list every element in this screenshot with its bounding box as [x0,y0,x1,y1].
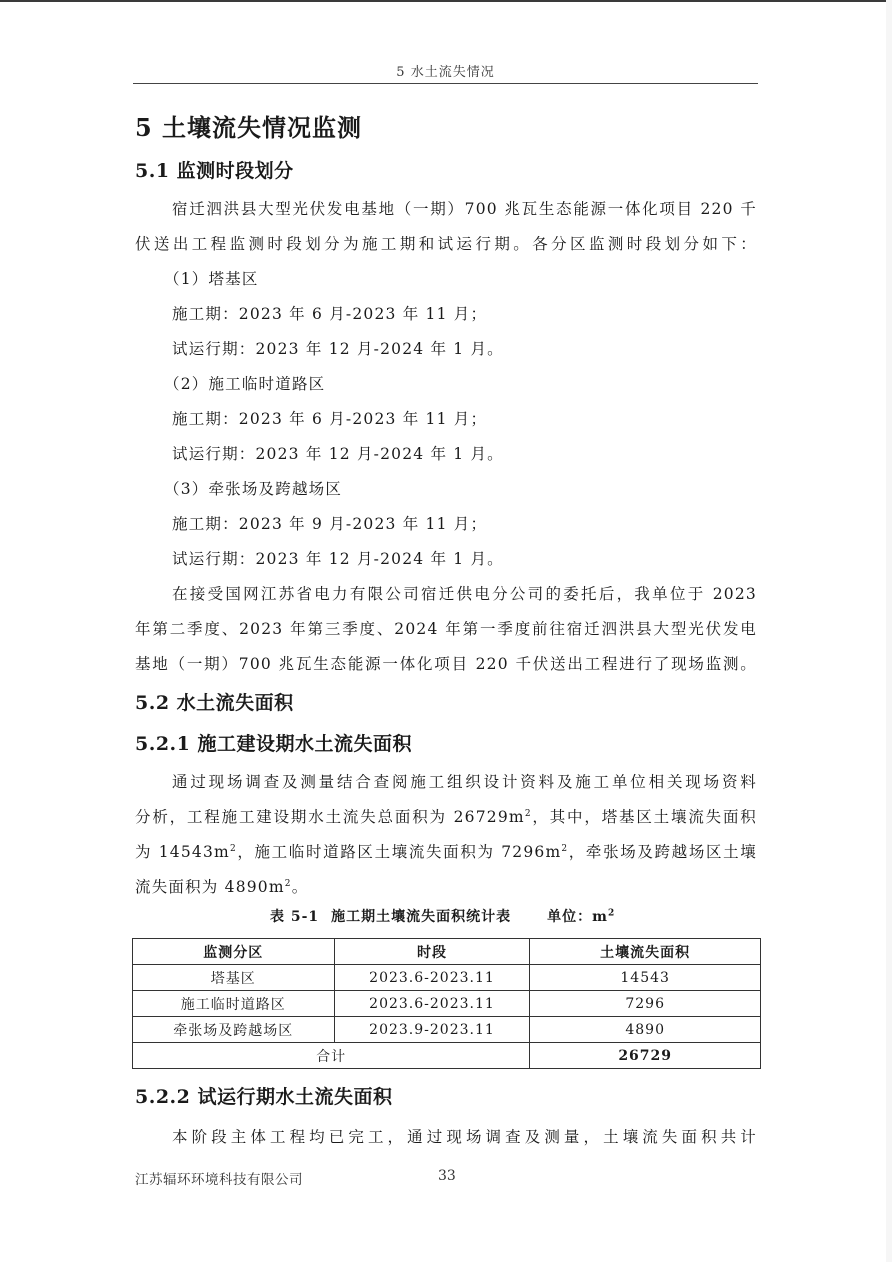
table-cell-area: 14543 [530,965,761,991]
table-cell-area: 7296 [530,991,761,1017]
superscript-2: 2 [608,908,615,918]
table-total-label: 合计 [133,1043,530,1069]
area-text-tension-value: 流失面积为 4890m [135,878,285,896]
superscript-2: 2 [285,879,292,889]
table-row: 施工临时道路区 2023.6-2023.11 7296 [133,991,761,1017]
paragraph-area-line-2: 分析，工程施工建设期水土流失总面积为 26729m2，其中，塔基区土壤流失面积 [135,805,757,827]
table-caption-label: 表 5-1 [270,909,319,925]
erosion-area-table: 监测分区 时段 土壤流失面积 塔基区 2023.6-2023.11 14543 … [132,938,761,1069]
zone-1-construction-period: 施工期：2023 年 6 月-2023 年 11 月； [172,302,487,324]
table-header-area: 土壤流失面积 [530,939,761,965]
paragraph-intro-line-2: 伏送出工程监测时段划分为施工期和试运行期。各分区监测时段划分如下： [135,232,757,254]
section-5-2-2-title: 5.2.2 试运行期水土流失面积 [135,1082,393,1109]
paragraph-commission-line-3: 基地（一期）700 兆瓦生态能源一体化项目 220 千伏送出工程进行了现场监测。 [135,652,757,674]
paragraph-area-line-3: 为 14543m2，施工临时道路区土壤流失面积为 7296m2，牵张场及跨越场区… [135,840,757,862]
table-cell-period: 2023.9-2023.11 [334,1017,530,1043]
table-cell-zone: 施工临时道路区 [133,991,335,1017]
header-rule [133,83,758,84]
footer-company: 江苏辐环环境科技有限公司 [135,1168,303,1188]
area-text-end: 。 [292,878,309,896]
area-text-road: ，施工临时道路区土壤流失面积为 7296m [237,843,561,861]
area-text-tension: ，牵张场及跨越场区土壤 [568,843,757,861]
zone-2-trial-period: 试运行期：2023 年 12 月-2024 年 1 月。 [172,442,504,464]
zone-2-label: （2）施工临时道路区 [164,372,325,394]
section-5-1-title: 5.1 监测时段划分 [135,156,294,183]
area-text-total: 分析，工程施工建设期水土流失总面积为 26729m [135,808,525,826]
zone-3-label: （3）牵张场及跨越场区 [164,477,342,499]
chapter-title: 5 土壤流失情况监测 [135,108,362,143]
table-header-period: 时段 [334,939,530,965]
paragraph-commission-line-2: 年第二季度、2023 年第三季度、2024 年第一季度前往宿迁泗洪县大型光伏发电 [135,617,757,639]
section-5-2-title: 5.2 水土流失面积 [135,688,294,715]
page-number: 33 [438,1168,456,1184]
superscript-2: 2 [230,844,237,854]
paragraph-area-line-1: 通过现场调查及测量结合查阅施工组织设计资料及施工单位相关现场资料 [172,770,757,792]
table-caption: 表 5-1施工期土壤流失面积统计表单位：m2 [270,906,615,926]
zone-2-construction-period: 施工期：2023 年 6 月-2023 年 11 月； [172,407,487,429]
table-row: 牵张场及跨越场区 2023.9-2023.11 4890 [133,1017,761,1043]
table-caption-title: 施工期土壤流失面积统计表 [331,909,511,925]
table-header-zone: 监测分区 [133,939,335,965]
paragraph-area-line-4: 流失面积为 4890m2。 [135,875,308,897]
zone-1-label: （1）塔基区 [164,267,259,289]
zone-3-construction-period: 施工期：2023 年 9 月-2023 年 11 月； [172,512,487,534]
table-header-row: 监测分区 时段 土壤流失面积 [133,939,761,965]
paragraph-trial-line-1: 本阶段主体工程均已完工，通过现场调查及测量，土壤流失面积共计 [172,1125,757,1147]
section-5-2-1-title: 5.2.1 施工建设期水土流失面积 [135,729,412,756]
zone-1-trial-period: 试运行期：2023 年 12 月-2024 年 1 月。 [172,337,504,359]
table-total-row: 合计 26729 [133,1043,761,1069]
area-text-tower: ，其中，塔基区土壤流失面积 [532,808,757,826]
table-cell-zone: 塔基区 [133,965,335,991]
table-row: 塔基区 2023.6-2023.11 14543 [133,965,761,991]
paragraph-intro-line-1: 宿迁泗洪县大型光伏发电基地（一期）700 兆瓦生态能源一体化项目 220 千 [172,197,757,219]
table-cell-period: 2023.6-2023.11 [334,965,530,991]
scan-right-edge [886,0,892,1262]
table-cell-period: 2023.6-2023.11 [334,991,530,1017]
zone-3-trial-period: 试运行期：2023 年 12 月-2024 年 1 月。 [172,547,504,569]
table-total-value: 26729 [530,1043,761,1069]
paragraph-commission-line-1: 在接受国网江苏省电力有限公司宿迁供电分公司的委托后，我单位于 2023 [172,582,757,604]
running-header: 5 水土流失情况 [133,61,758,80]
area-text-tower-value: 为 14543m [135,843,230,861]
table-cell-area: 4890 [530,1017,761,1043]
superscript-2: 2 [525,809,532,819]
table-caption-unit: 单位：m [547,909,608,925]
table-cell-zone: 牵张场及跨越场区 [133,1017,335,1043]
scan-top-edge [0,0,892,2]
